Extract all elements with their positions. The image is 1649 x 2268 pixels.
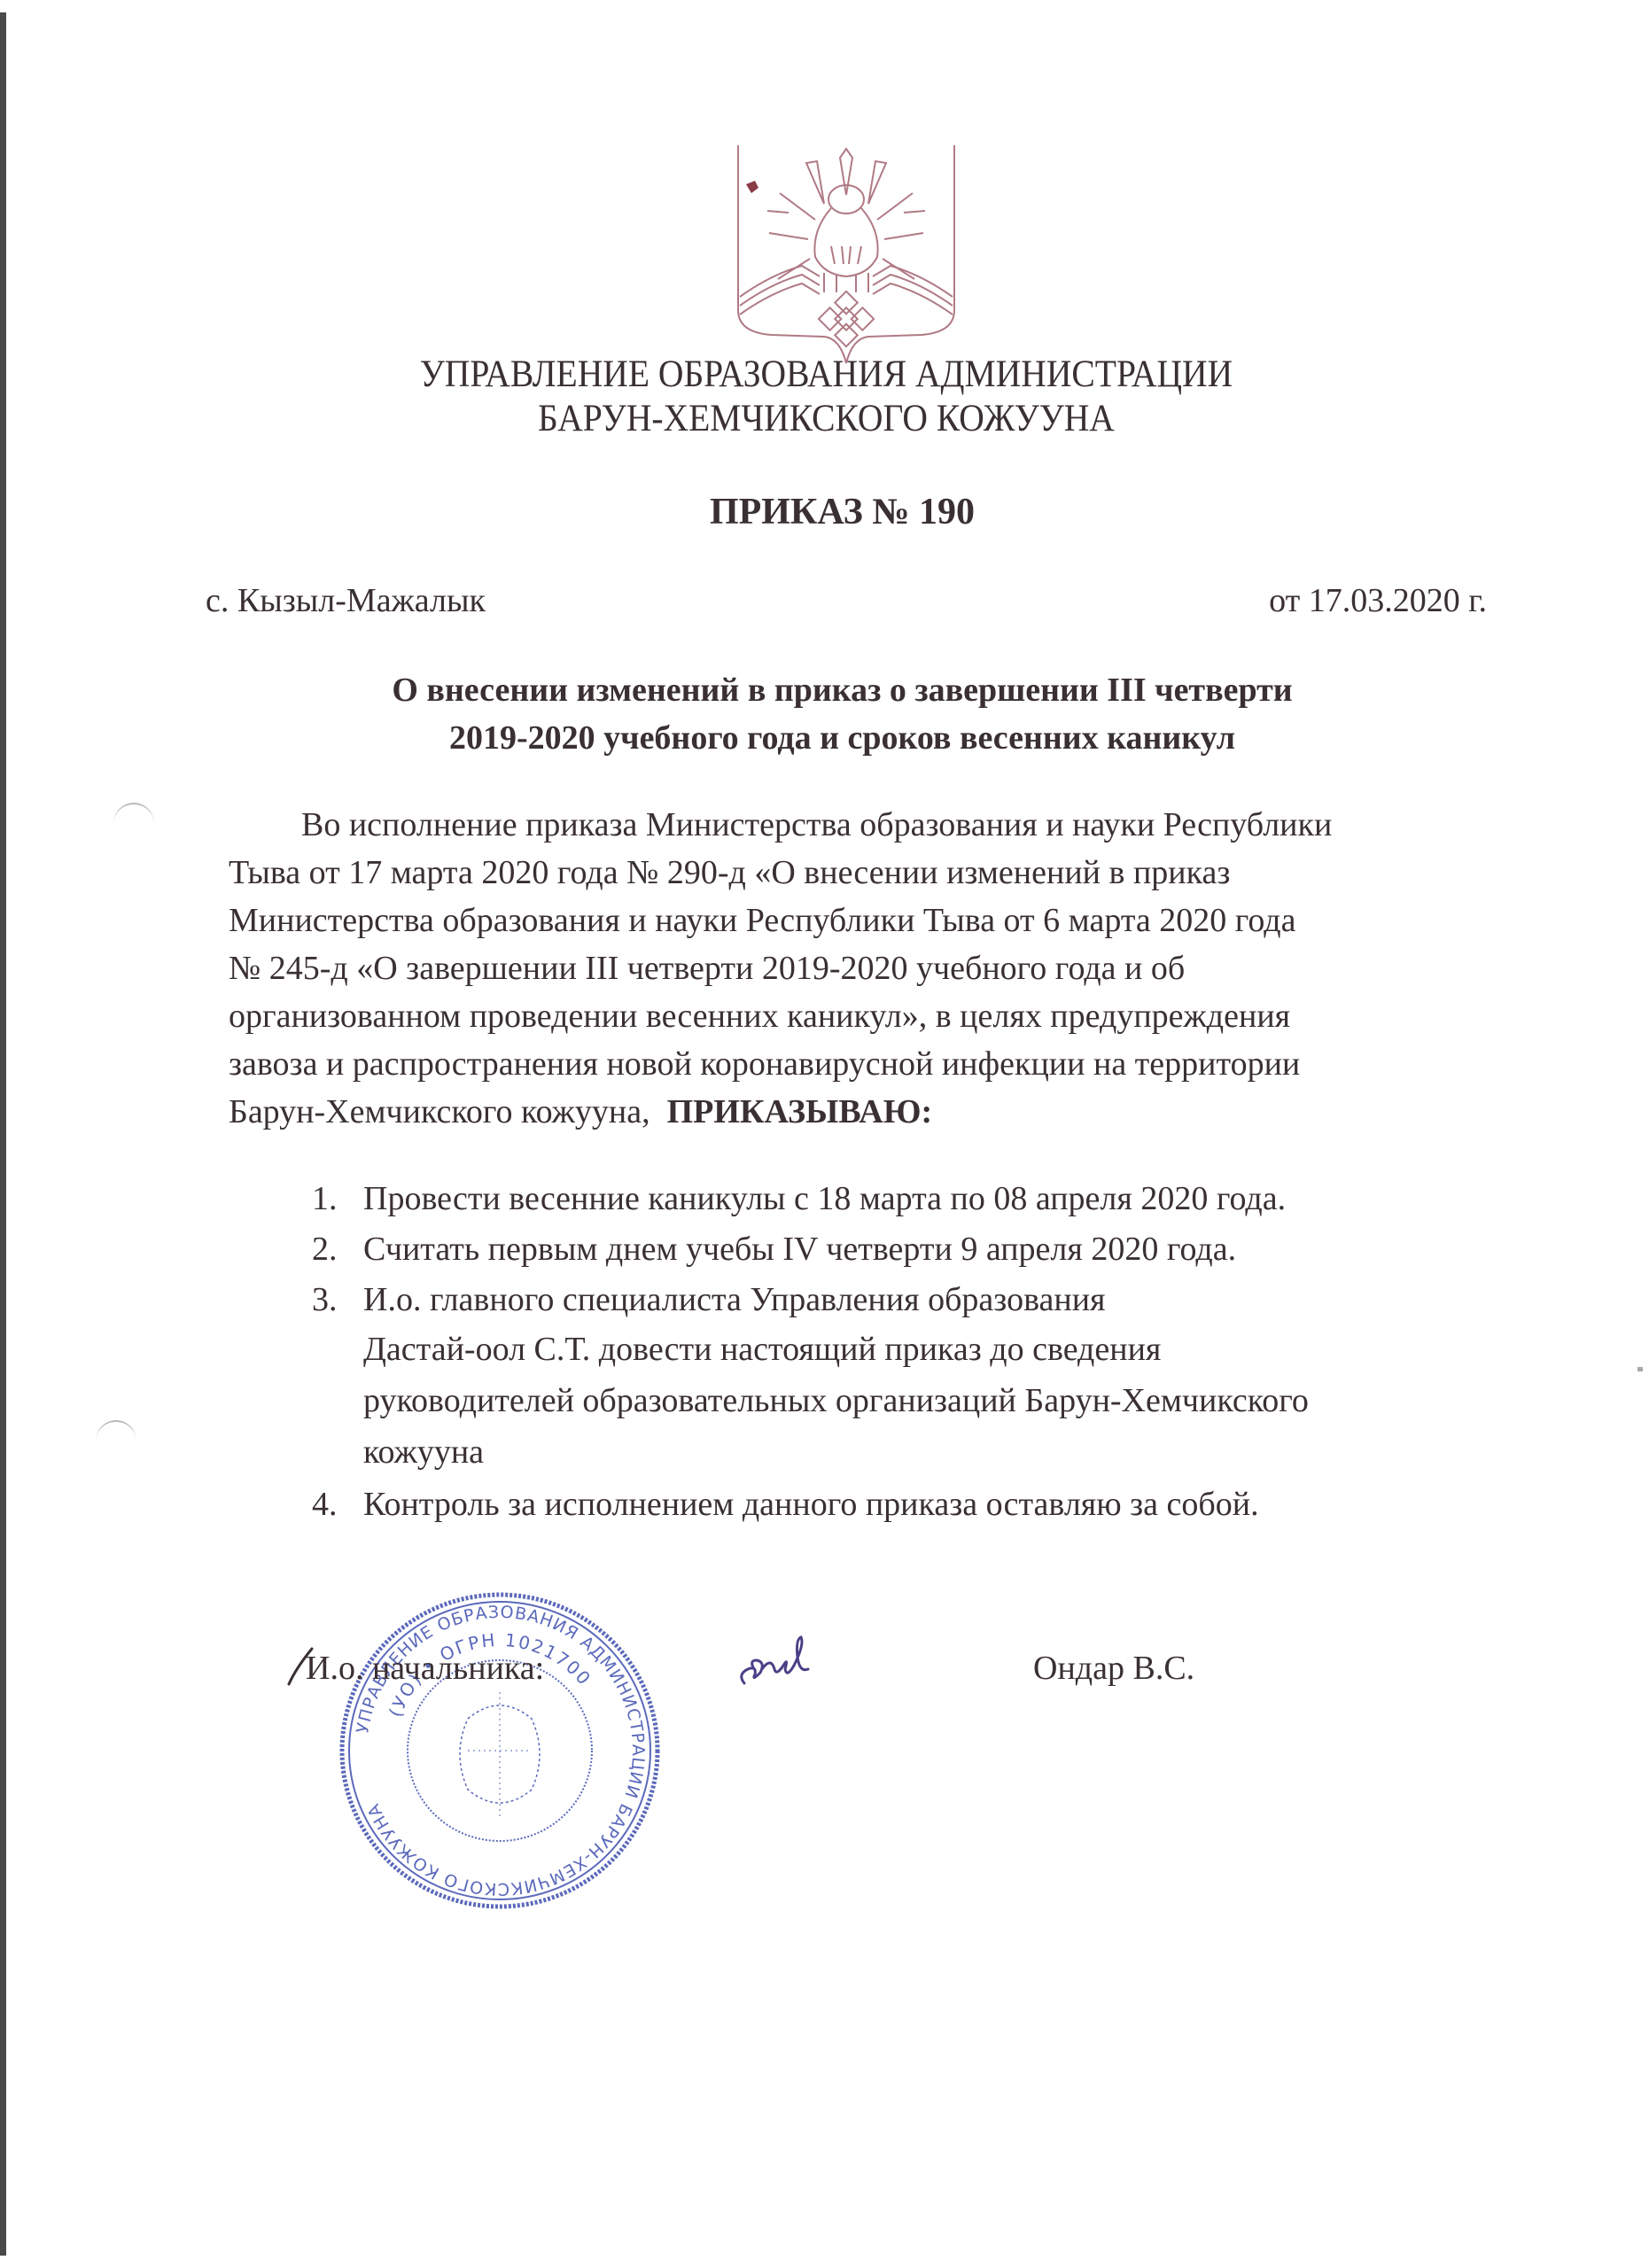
order-date: от 17.03.2020 г. [1269, 579, 1487, 623]
order-item: 4. Контроль за исполнением данного прика… [312, 1480, 1517, 1528]
order-item-text: Считать первым днем учебы IV четверти 9 … [363, 1225, 1517, 1273]
scan-edge [0, 12, 6, 2256]
punch-hole-mark [96, 1420, 136, 1463]
preamble-paragraph: Во исполнение приказа Министерства образ… [229, 801, 1487, 1136]
order-subject-line1: О внесении изменений в приказ о завершен… [35, 666, 1649, 714]
order-item-text: Дастай-оол С.Т. довести настоящий приказ… [363, 1324, 1517, 1375]
order-item-text: И.о. главного специалиста Управления обр… [363, 1276, 1517, 1324]
order-item: 3. И.о. главного специалиста Управления … [312, 1276, 1517, 1478]
preamble-line: Тыва от 17 марта 2020 года № 290-д «О вн… [229, 849, 1487, 897]
preamble-line: № 245-д «О завершении III четверти 2019-… [229, 944, 1487, 992]
place-of-issue: с. Кызыл-Мажалык [206, 579, 486, 623]
signatory-name: Ондар В.С. [1033, 1646, 1194, 1690]
order-title: ПРИКАЗ № 190 [0, 490, 1649, 534]
preamble-line: Министерства образования и науки Республ… [229, 897, 1487, 944]
order-item: 1. Провести весенние каникулы с 18 марта… [312, 1175, 1517, 1223]
handwritten-signature [735, 1630, 824, 1692]
order-items-list: 1. Провести весенние каникулы с 18 марта… [312, 1175, 1517, 1531]
preamble-line-last: Барун-Хемчикского кожууна, ПРИКАЗЫВАЮ: [229, 1088, 1487, 1136]
preamble-line: Барун-Хемчикского кожууна, [229, 1093, 667, 1130]
order-item-number: 3. [312, 1276, 338, 1324]
order-subject: О внесении изменений в приказ о завершен… [0, 666, 1649, 762]
order-item-number: 1. [312, 1175, 338, 1223]
official-stamp: УПРАВЛЕНИЕ ОБРАЗОВАНИЯ АДМИНИСТРАЦИИ БАР… [335, 1586, 665, 1915]
signature-block: И.о. начальника: Ондар В.С. [0, 1646, 1649, 1708]
order-item-text: Провести весенние каникулы с 18 марта по… [363, 1175, 1517, 1223]
order-item-text: Контроль за исполнением данного приказа … [363, 1480, 1517, 1528]
organization-name-line2: БАРУН-ХЕМЧИКСКОГО КОЖУУНА [67, 397, 1584, 441]
order-item: 2. Считать первым днем учебы IV четверти… [312, 1225, 1517, 1273]
preamble-line: Во исполнение приказа Министерства образ… [229, 801, 1487, 849]
scan-speck [1637, 1367, 1643, 1371]
order-item-text: руководителей образовательных организаци… [363, 1375, 1517, 1426]
directive-word: ПРИКАЗЫВАЮ: [667, 1093, 933, 1130]
coat-of-arms-emblem [735, 142, 957, 368]
punch-hole-mark [113, 803, 154, 845]
preamble-line: организованном проведении весенних каник… [229, 992, 1487, 1040]
organization-name-line1: УПРАВЛЕНИЕ ОБРАЗОВАНИЯ АДМИНИСТРАЦИИ [67, 353, 1584, 397]
order-item-text: кожууна [363, 1426, 1517, 1478]
preamble-line: завоза и распространения новой коронавир… [229, 1040, 1487, 1088]
order-subject-line2: 2019-2020 учебного года и сроков весенни… [35, 714, 1649, 762]
order-item-number: 4. [312, 1480, 338, 1528]
signatory-title: И.о. начальника: [306, 1646, 544, 1690]
organization-name: УПРАВЛЕНИЕ ОБРАЗОВАНИЯ АДМИНИСТРАЦИИ БАР… [67, 353, 1584, 441]
order-item-number: 2. [312, 1225, 338, 1273]
